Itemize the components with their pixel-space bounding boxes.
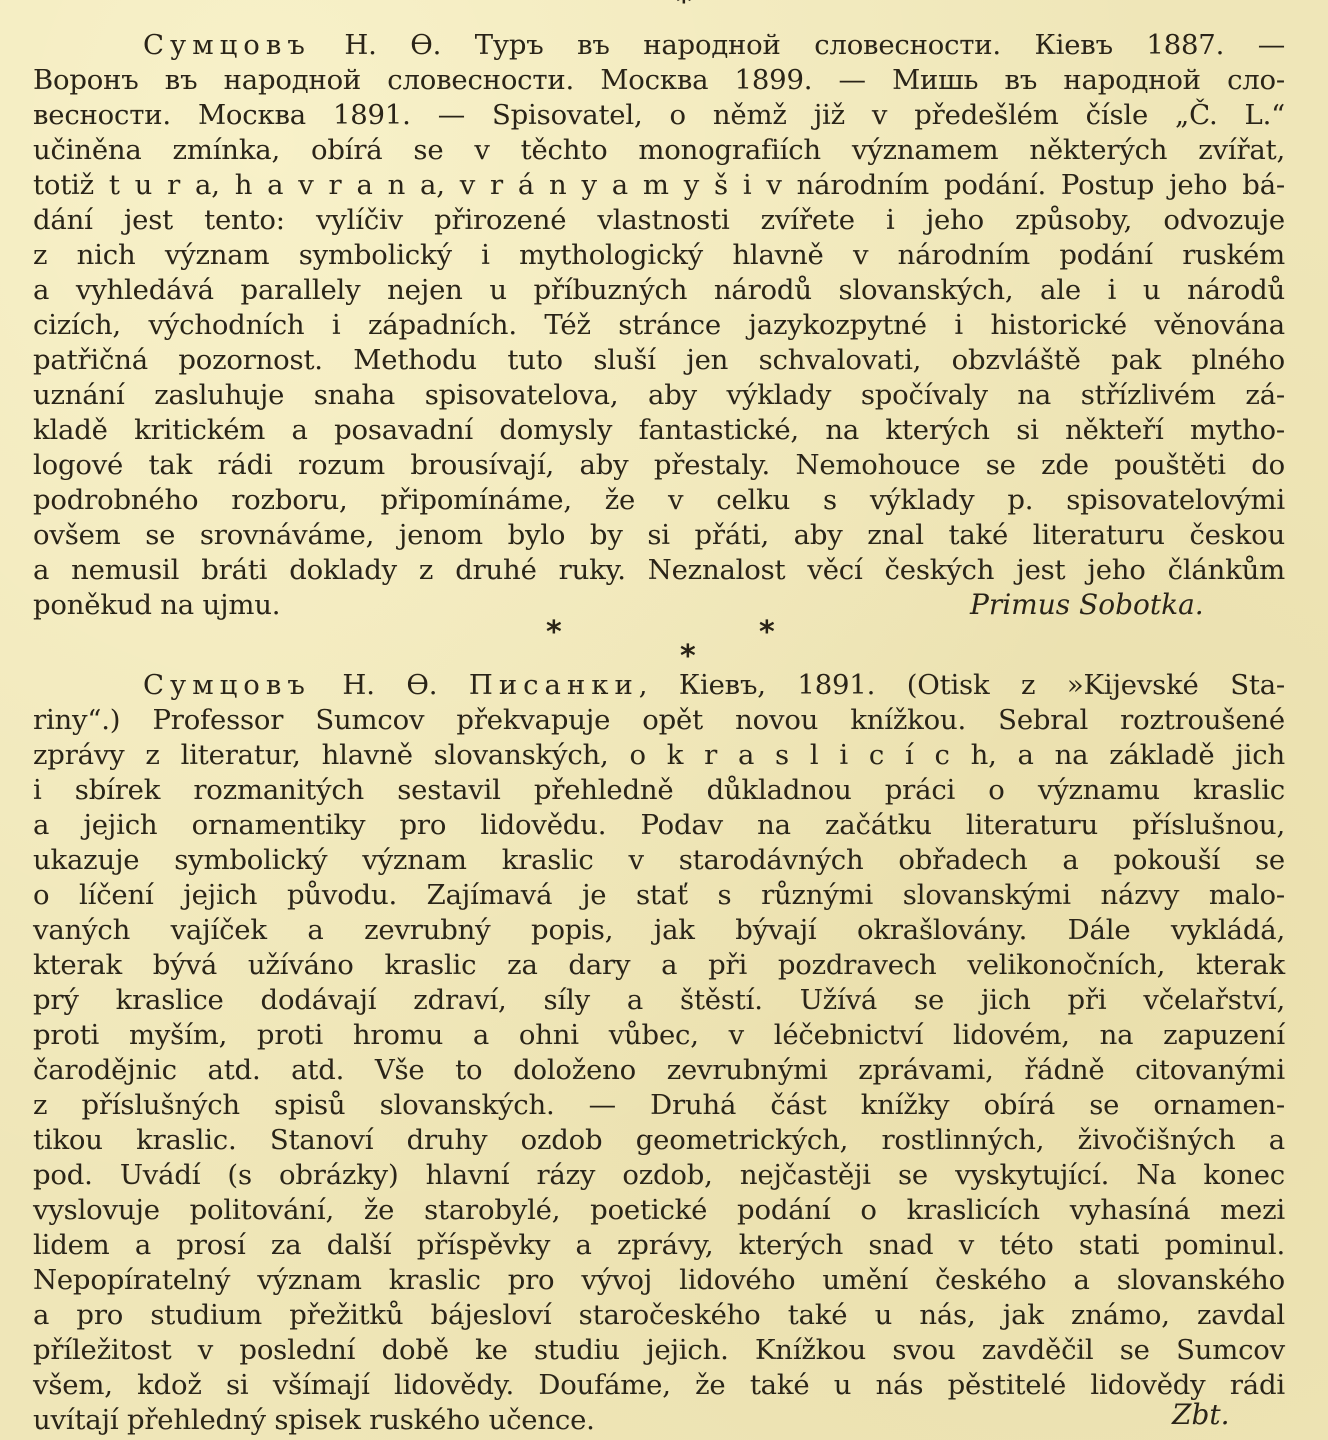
review-2-line-16: vyslovuje politování, že starobylé, poet…	[33, 1192, 1285, 1228]
review-1-line-11: uznání zasluhuje snaha spisovatelova, ab…	[33, 377, 1285, 413]
review-2-line-2: riny“.) Professor Sumcov překvapuje opět…	[33, 702, 1285, 738]
review-1-line-15: ovšem se srovnáváme, jenom bylo by si př…	[33, 517, 1285, 553]
review-2-line-7: o líčení jejich původu. Zajímavá je stať…	[33, 877, 1285, 913]
review-1-line-6: dání jest tento: vylíčiv přirozené vlast…	[33, 202, 1285, 238]
review-2-line-9: kterak bývá užíváno kraslic za dary a př…	[33, 947, 1285, 983]
review-2-line-11: proti myším, proti hromu a ohni vůbec, v…	[33, 1017, 1285, 1053]
review-1-line-13: logové tak rádi rozum brousívají, aby př…	[33, 447, 1285, 483]
review-1-line-5: totiž t u r a, h a v r a n a, v r á n y …	[33, 167, 1285, 203]
review-2-line-22: uvítají přehledný spisek ruského učence.	[33, 1402, 1285, 1438]
author-name-spaced: Сумцовъ	[143, 29, 311, 61]
review-2-line-12: čarodějnic atd. atd. Vše to doloženo zev…	[33, 1052, 1285, 1088]
separator-star-top: *	[676, 0, 692, 18]
review-1-line-7: z nich význam symbolický i mythologický …	[33, 237, 1285, 273]
review-1-line-9: cizích, východních i západních. Též strá…	[33, 307, 1285, 343]
review-2-line-13: z příslušných spisů slovanských. — Druhá…	[33, 1087, 1285, 1123]
review-1-line-4: učiněna zmínka, obírá se v těchto monogr…	[33, 132, 1285, 168]
review-1-line-10: patřičná pozornost. Methodu tuto sluší j…	[33, 342, 1285, 378]
review-1-line-16: a nemusil bráti doklady z druhé ruky. Ne…	[33, 552, 1285, 588]
review-2-line-3: zprávy z literatur, hlavně slovanských, …	[33, 737, 1285, 773]
review-2-line-10: prý kraslice dodávají zdraví, síly a ště…	[33, 982, 1285, 1018]
review-2-line-6: ukazuje symbolický význam kraslic v star…	[33, 842, 1285, 878]
review-1-line-12: kladě kritickém a posavadní domysly fant…	[33, 412, 1285, 448]
review-2-line-17: lidem a prosí za další příspěvky a zpráv…	[33, 1227, 1285, 1263]
review-2-line-15: pod. Uvádí (s obrázky) hlavní rázy ozdob…	[33, 1157, 1285, 1193]
review-2-line-1: Сумцовъ Н. Ѳ. Писанки, Кіевъ, 1891. (Oti…	[143, 667, 1285, 703]
book-title-spaced: Писанки	[469, 669, 639, 701]
review-1-line-14: podrobného rozboru, připomínáme, že v ce…	[33, 482, 1285, 518]
scanned-page: * Сумцовъ Н. Ѳ. Туръ въ народной словесн…	[0, 0, 1328, 1440]
review-2-line-21: všem, kdož si všímají lidovědy. Doufáme,…	[33, 1367, 1285, 1403]
review-1-line-8: a vyhledává parallely nejen u příbuzných…	[33, 272, 1285, 308]
review-2-line-18: Nepopíratelný význam kraslic pro vývoj l…	[33, 1262, 1285, 1298]
review-2-line-4: i sbírek rozmanitých sestavil přehledně …	[33, 772, 1285, 808]
separator-star-left: *	[546, 618, 562, 648]
review-2-line-5: a jejich ornamentiky pro lidovědu. Podav…	[33, 807, 1285, 843]
review-2-line-19: a pro studium přežitků bájesloví staroče…	[33, 1297, 1285, 1333]
review-1-signature: Primus Sobotka.	[970, 587, 1204, 623]
review-2-line-8: vaných vajíček a zevrubný popis, jak býv…	[33, 912, 1285, 948]
review-1-line-2: Воронъ въ народной словесности. Москва 1…	[33, 62, 1285, 98]
review-1-line-3: весности. Москва 1891. — Spisovatel, o n…	[33, 97, 1285, 133]
review-2-line-20: příležitost v poslední době ke studiu je…	[33, 1332, 1285, 1368]
review-2-line-14: tikou kraslic. Stanoví druhy ozdob geome…	[33, 1122, 1285, 1158]
author-name-spaced: Сумцовъ	[143, 669, 311, 701]
review-2-signature: Zbt.	[1172, 1397, 1230, 1433]
separator-star-right: *	[759, 618, 775, 648]
review-1-line-1: Сумцовъ Н. Ѳ. Туръ въ народной словеснос…	[143, 27, 1285, 63]
